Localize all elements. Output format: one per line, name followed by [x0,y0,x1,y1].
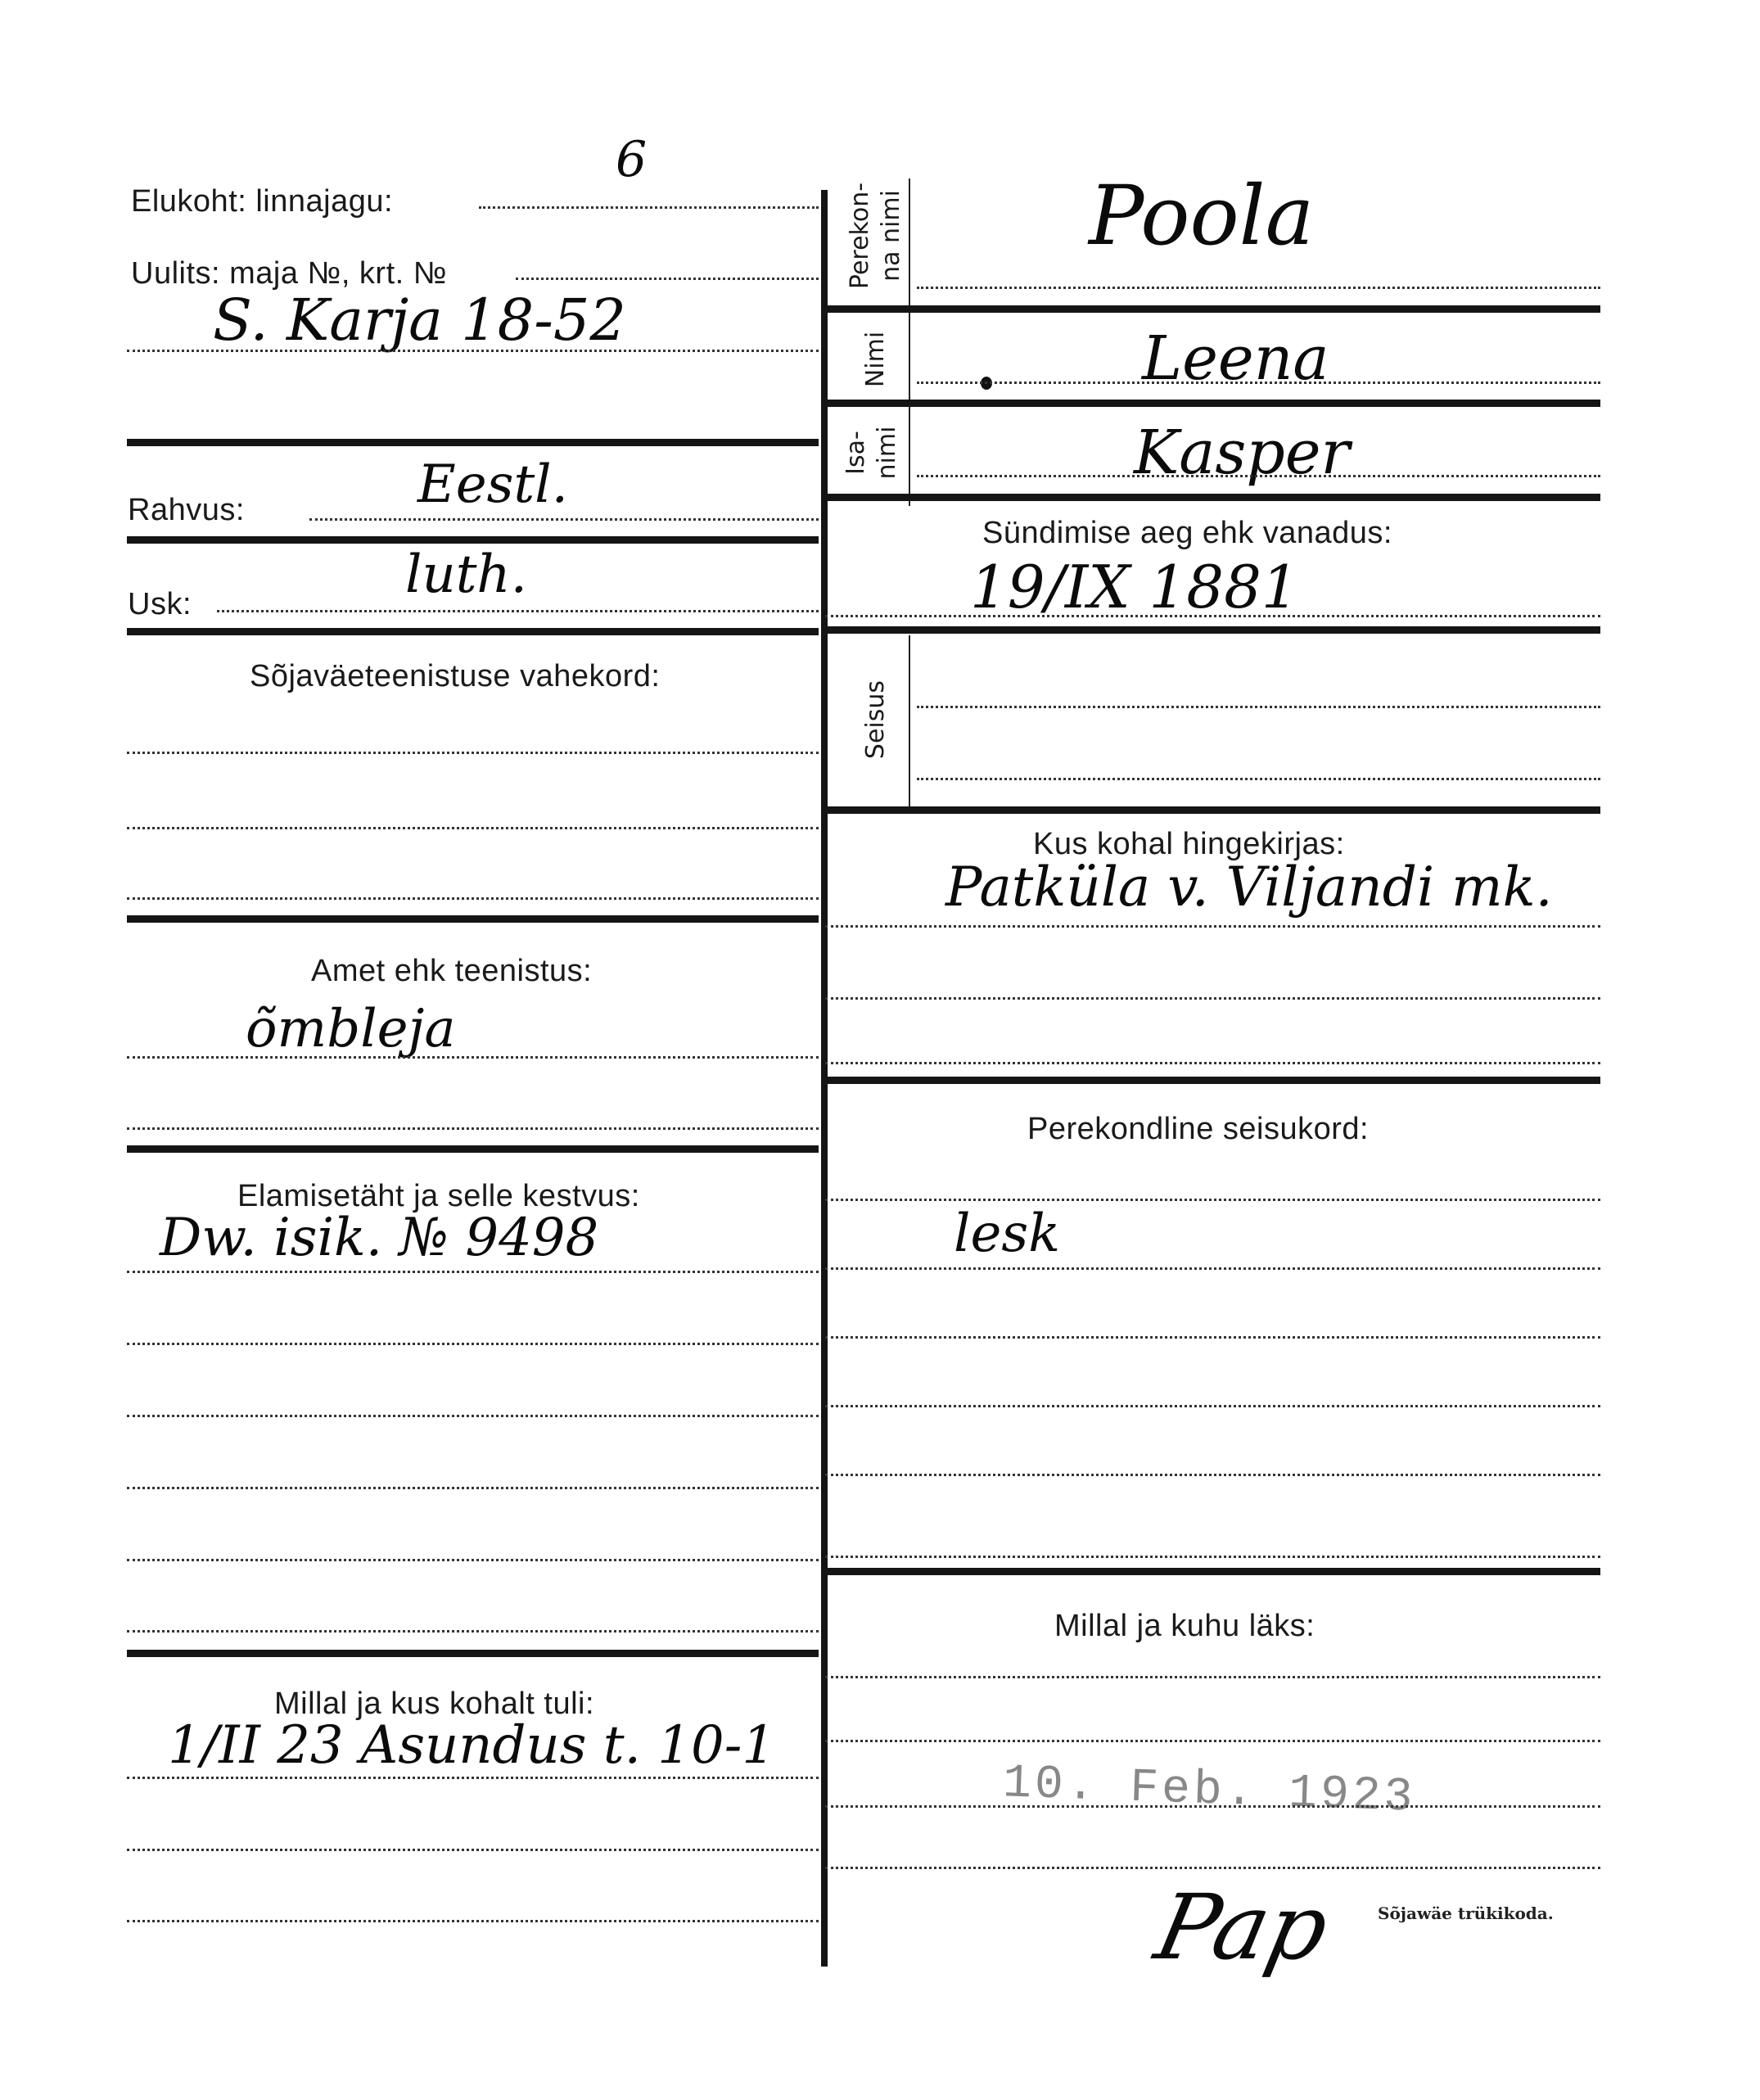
perekonnanimi-field-line[interactable] [917,287,1600,289]
perekondline-label: Perekondline seisukord: [1027,1112,1369,1147]
perekondline-field-line-4[interactable] [825,1405,1600,1407]
section-divider [825,1077,1600,1084]
tuli-field-line-2[interactable] [127,1849,819,1851]
uulits-field-line-2[interactable] [127,350,819,352]
laks-field-line-1[interactable] [825,1676,1600,1678]
rahvus-label: Rahvus: [128,493,245,528]
hingekiri-field-line-1[interactable] [825,925,1600,928]
sundimise-value[interactable]: 19/IX 1881 [970,553,1299,621]
sojavae-field-line-2[interactable] [127,827,819,829]
section-divider [127,915,819,923]
uulits-value[interactable]: S. Karja 18-52 [213,287,626,354]
section-divider [825,494,1600,501]
tuli-value[interactable]: 1/II 23 Asundus t. 10-1 [168,1715,775,1776]
seisus-label-divider [909,635,910,811]
perekonnanimi-value[interactable]: Poola [1089,168,1314,264]
usk-field-line[interactable] [217,610,819,612]
section-divider [825,626,1600,634]
elamisetaht-field-line-6[interactable] [127,1630,819,1633]
section-divider [127,1650,819,1657]
elamisetaht-field-line-2[interactable] [127,1343,819,1345]
tuli-field-line-1[interactable] [127,1777,819,1779]
seisus-field-line-1[interactable] [917,706,1600,708]
perekondline-field-line-1[interactable] [825,1199,1600,1201]
elukoht-field-line[interactable] [479,206,819,209]
section-divider [127,536,819,544]
seisus-label: Seisus [860,662,891,777]
sundimise-field-line[interactable] [825,615,1600,617]
section-divider [127,628,819,635]
perekondline-field-line-2[interactable] [825,1267,1600,1270]
elamisetaht-value[interactable]: Dw. isik. № 9498 [160,1208,598,1268]
elamisetaht-field-line-5[interactable] [127,1559,819,1561]
section-divider [825,806,1600,814]
amet-field-line-2[interactable] [127,1127,819,1130]
elukoht-label: Elukoht: linnajagu: [131,184,393,219]
amet-value[interactable]: õmbleja [246,999,456,1059]
label-column-divider [909,178,910,506]
perekondline-field-line-6[interactable] [825,1556,1600,1558]
isanimi-value[interactable]: Kasper [1134,418,1350,488]
section-divider [825,1568,1600,1575]
section-divider [825,305,1600,313]
laks-field-line-4[interactable] [825,1867,1600,1869]
seisus-field-line-2[interactable] [917,778,1600,780]
perekonnanimi-label: Perekon- na nimi [845,166,907,305]
isanimi-field-line[interactable] [917,475,1600,477]
amet-label: Amet ehk teenistus: [311,954,592,989]
isanimi-label: Isa- nimi [841,400,903,506]
section-divider [127,1145,819,1153]
signature: Pap [1147,1875,1337,1980]
perekondline-field-line-3[interactable] [825,1336,1600,1339]
elamisetaht-field-line-3[interactable] [127,1415,819,1417]
elamisetaht-field-line-1[interactable] [127,1271,819,1273]
sundimise-label: Sündimise aeg ehk vanadus: [982,516,1392,551]
elamisetaht-field-line-4[interactable] [127,1487,819,1489]
sojavae-field-line-1[interactable] [127,752,819,754]
rahvus-field-line[interactable] [309,518,819,521]
printer-credit: Sõjawäe trükikoda. [1378,1904,1554,1923]
date-stamp: 10. Feb. 1923 [1002,1757,1416,1825]
hingekiri-field-line-3[interactable] [825,1062,1600,1064]
laks-field-line-2[interactable] [825,1740,1600,1742]
hingekiri-value[interactable]: Patküla v. Viljandi mk. [945,856,1553,919]
rahvus-value[interactable]: Eestl. [417,454,568,515]
perekondline-field-line-5[interactable] [825,1474,1600,1476]
laks-field-line-3[interactable] [825,1805,1600,1808]
sojavae-field-line-3[interactable] [127,897,819,900]
page-number: 6 [616,131,647,188]
section-divider [127,439,819,446]
perekondline-value[interactable]: lesk [954,1204,1060,1264]
sojavae-label: Sõjaväeteenistuse vahekord: [250,659,661,694]
laks-label: Millal ja kuhu läks: [1054,1609,1315,1644]
tuli-field-line-3[interactable] [127,1920,819,1922]
usk-label: Usk: [128,587,192,622]
usk-value[interactable]: luth. [405,544,527,605]
amet-field-line-1[interactable] [127,1056,819,1059]
hingekiri-field-line-2[interactable] [825,997,1600,1000]
nimi-field-line[interactable] [917,382,1600,384]
uulits-field-line[interactable] [516,278,819,280]
nimi-label: Nimi [860,310,891,409]
section-divider [825,400,1600,407]
